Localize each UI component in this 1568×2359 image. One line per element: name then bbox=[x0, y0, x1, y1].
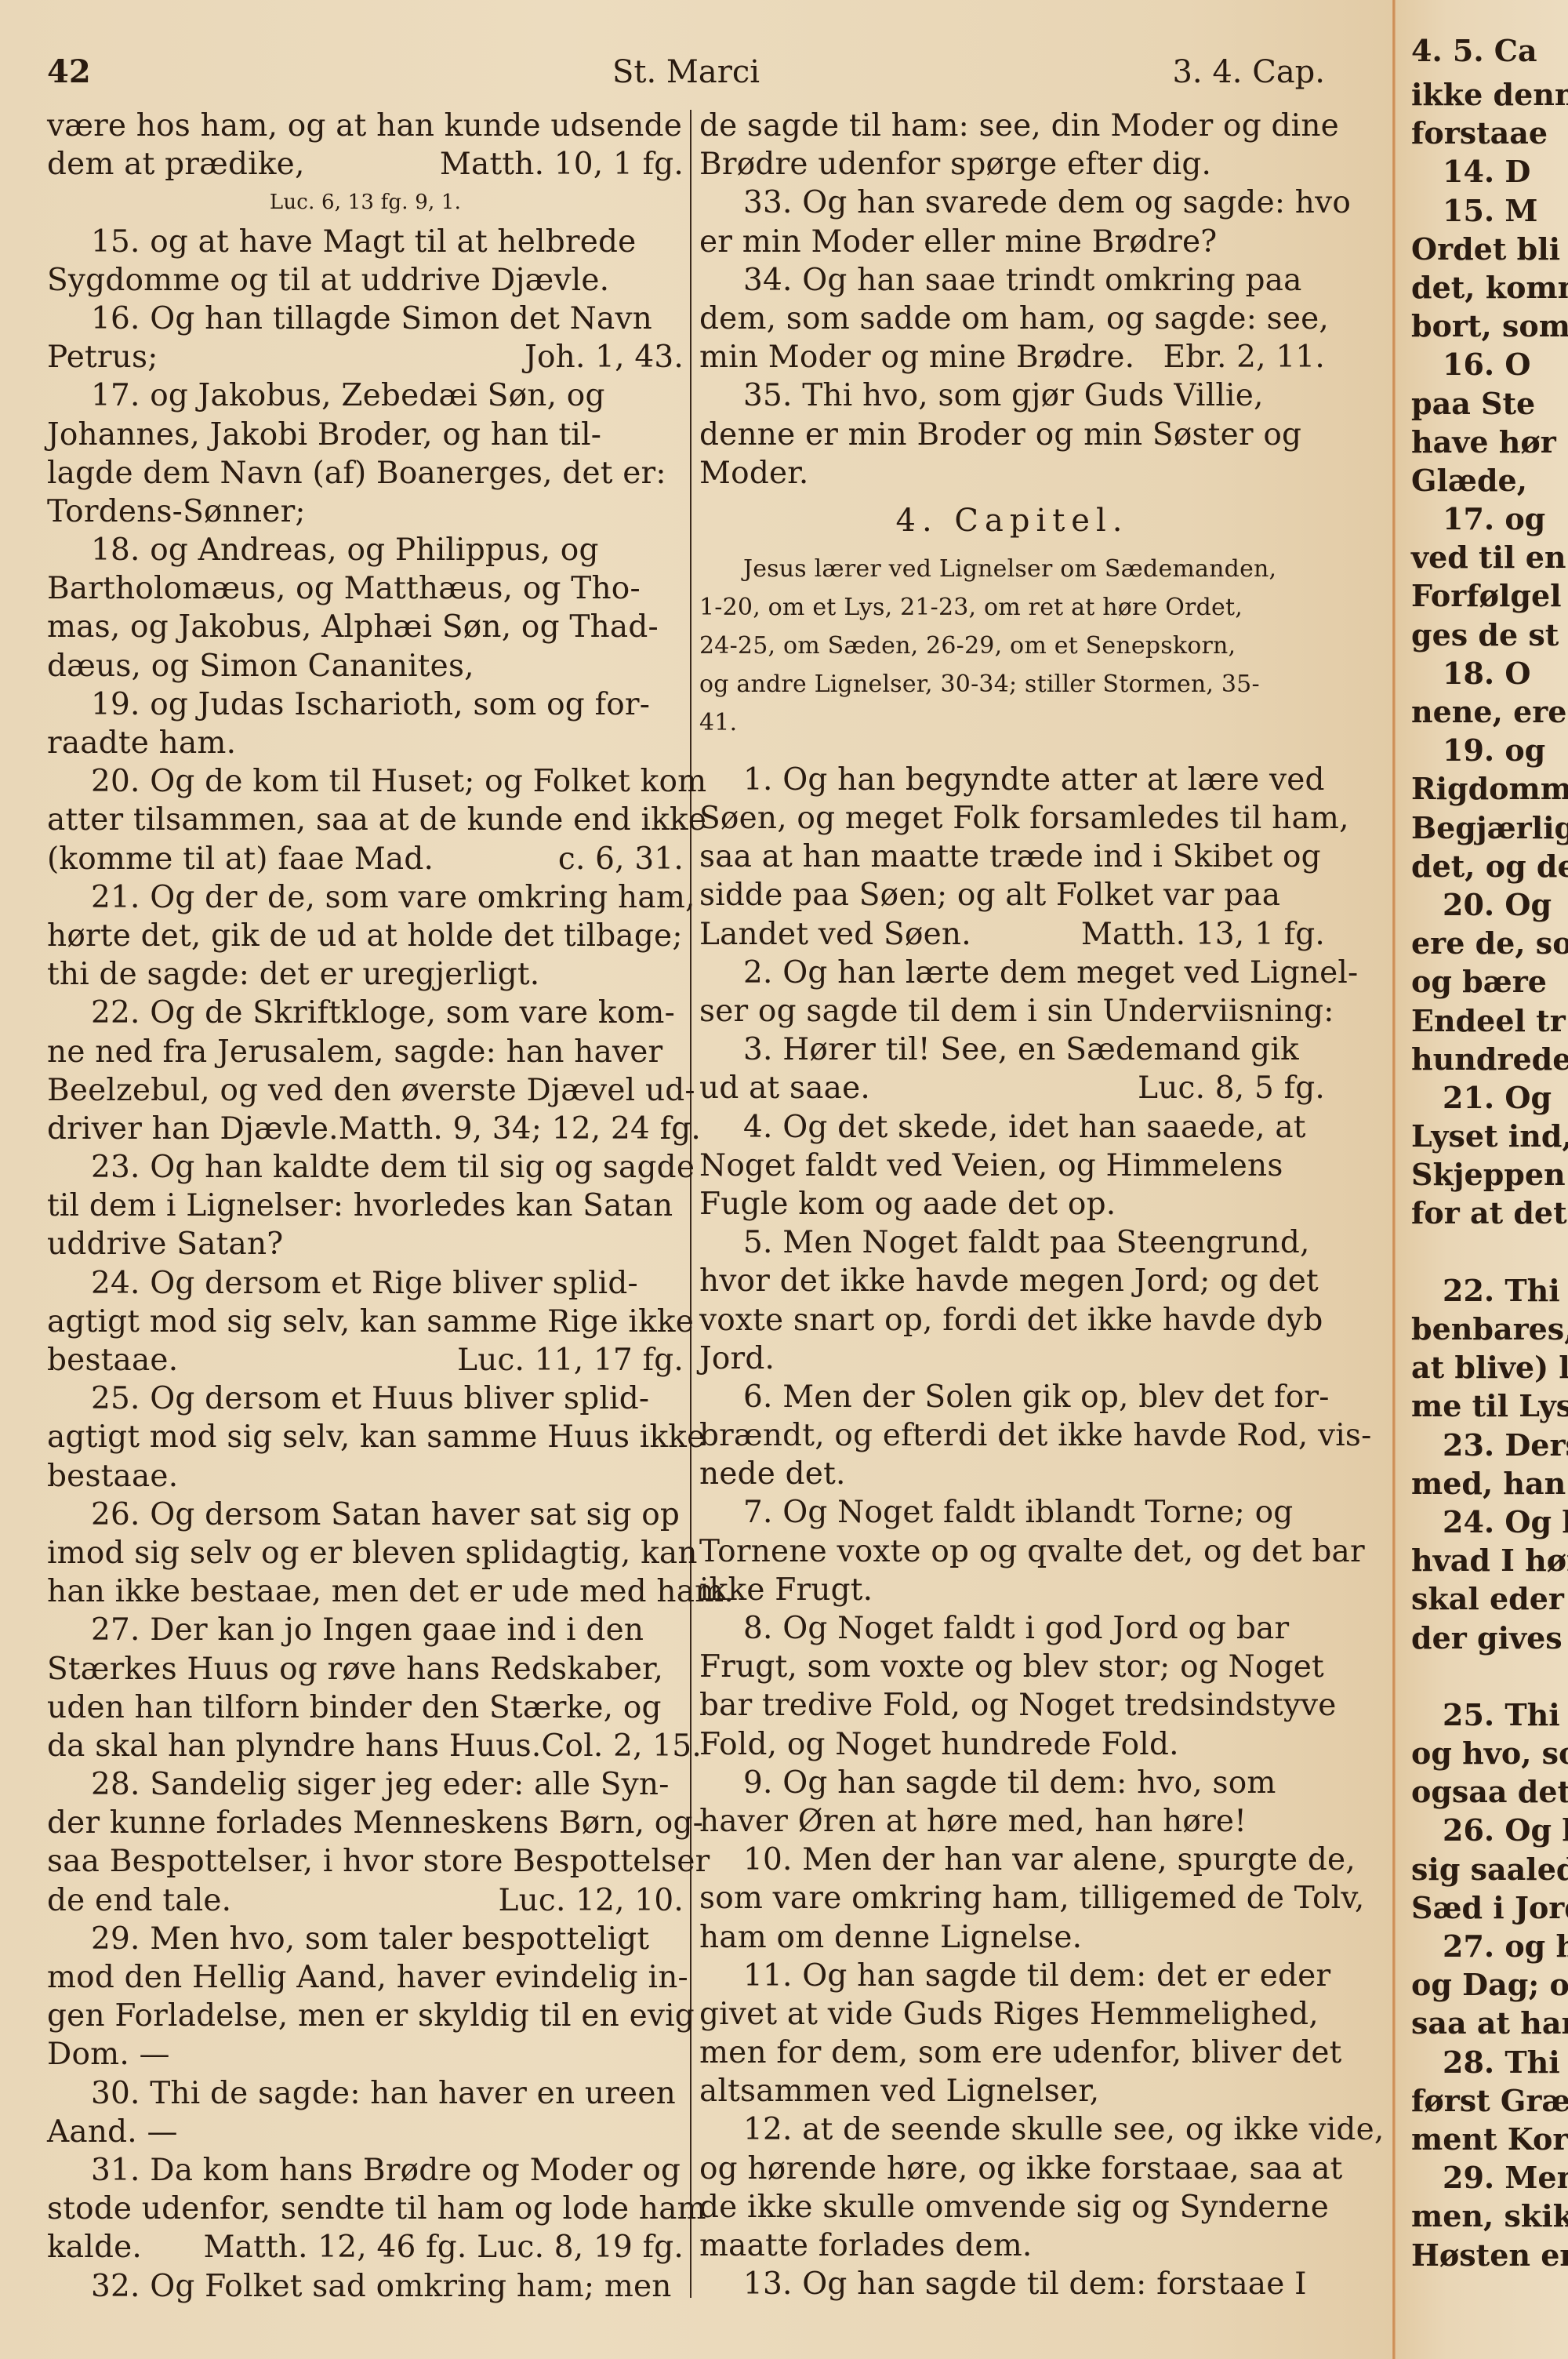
text-line: 20. Og de kom til Huset; og Folket kom bbox=[47, 762, 684, 801]
left-column: være hos ham, og at han kunde udsendedem… bbox=[47, 107, 684, 2306]
text-line: dæus, og Simon Cananites, bbox=[47, 647, 684, 685]
text-line: 16. Og han tillagde Simon det Navn bbox=[47, 300, 684, 338]
text-line: bestaae.Luc. 11, 17 fg. bbox=[47, 1341, 684, 1379]
line-text: thi de sagde: det er uregjerligt. bbox=[47, 955, 539, 994]
book-page: 42 St. Marci 3. 4. Cap. være hos ham, og… bbox=[0, 0, 1394, 2359]
line-text: 16. Og han tillagde Simon det Navn bbox=[91, 300, 652, 338]
line-text: Jesus lærer ved Lignelser om Sædemanden, bbox=[743, 550, 1276, 588]
line-text: 24-25, om Sæden, 26-29, om et Senepskorn… bbox=[699, 627, 1236, 665]
scripture-reference: Matth. 12, 46 fg. Luc. 8, 19 fg. bbox=[203, 2228, 684, 2266]
text-line: 27. Der kan jo Ingen gaae ind i den bbox=[47, 1611, 684, 1649]
text-line: 13. Og han sagde til dem: forstaae I bbox=[699, 2265, 1325, 2303]
next-page-line: hvad I høre bbox=[1411, 1541, 1568, 1579]
text-line: thi de sagde: det er uregjerligt. bbox=[47, 955, 684, 994]
next-page-line: have hør bbox=[1411, 423, 1568, 461]
right-column-verses-ch3: de sagde til ham: see, din Moder og dine… bbox=[699, 107, 1325, 493]
line-text: 4. Og det skede, idet han saaede, at bbox=[743, 1108, 1306, 1147]
line-text: gen Forladelse, men er skyldig til en ev… bbox=[47, 1997, 695, 2035]
next-page-header: 4. 5. Ca bbox=[1411, 31, 1568, 75]
line-text: 7. Og Noget faldt iblandt Torne; og bbox=[743, 1493, 1293, 1532]
text-line: han ikke bestaae, men det er ude med ham… bbox=[47, 1572, 684, 1611]
next-page-line: Ordet bli bbox=[1411, 230, 1568, 268]
line-text: ikke Frugt. bbox=[699, 1571, 873, 1609]
line-text: raadte ham. bbox=[47, 724, 236, 762]
line-text: saa at han maatte træde ind i Skibet og bbox=[699, 838, 1321, 876]
text-line: altsammen ved Lignelser, bbox=[699, 2072, 1325, 2110]
scripture-reference: Luc. 11, 17 fg. bbox=[457, 1341, 684, 1379]
text-line: 24. Og dersom et Rige bliver splid- bbox=[47, 1264, 684, 1303]
line-text: Beelzebul, og ved den øverste Djævel ud- bbox=[47, 1071, 695, 1110]
next-page-line: benbares, e bbox=[1411, 1310, 1568, 1348]
line-text: atter tilsammen, saa at de kunde end ikk… bbox=[47, 801, 706, 839]
line-text: bar tredive Fold, og Noget tredsindstyve bbox=[699, 1686, 1337, 1725]
next-page-line: 27. og ha bbox=[1411, 1927, 1568, 1965]
line-text: uden han tilforn binder den Stærke, og bbox=[47, 1688, 662, 1727]
text-line: Dom. — bbox=[47, 2035, 684, 2074]
scripture-reference: Col. 2, 15. bbox=[542, 1727, 702, 1765]
text-line: denne er min Broder og min Søster og bbox=[699, 416, 1325, 454]
text-line: de end tale.Luc. 12, 10. bbox=[47, 1881, 684, 1920]
text-line: driver han Djævle.Matth. 9, 34; 12, 24 f… bbox=[47, 1110, 684, 1148]
line-text: 9. Og han sagde til dem: hvo, som bbox=[743, 1764, 1276, 1802]
text-line: 6. Men der Solen gik op, blev det for- bbox=[699, 1378, 1325, 1416]
line-text: Jord. bbox=[699, 1339, 775, 1378]
text-line: 34. Og han saae trindt omkring paa bbox=[699, 261, 1325, 300]
text-line: 22. Og de Skriftkloge, som vare kom- bbox=[47, 994, 684, 1032]
text-line: maatte forlades dem. bbox=[699, 2226, 1325, 2265]
next-page-line: saa at han ik bbox=[1411, 2004, 1568, 2042]
text-line: Stærkes Huus og røve hans Redskaber, bbox=[47, 1650, 684, 1688]
next-page-line: at blive) lø bbox=[1411, 1348, 1568, 1387]
next-page-line: 17. og bbox=[1411, 500, 1568, 538]
next-page-line: 22. Thi bbox=[1411, 1271, 1568, 1310]
next-page-line: 14. D bbox=[1411, 152, 1568, 191]
line-text: 31. Da kom hans Brødre og Moder og bbox=[91, 2151, 681, 2190]
line-text: voxte snart op, fordi det ikke havde dyb bbox=[699, 1301, 1323, 1339]
line-text: Frugt, som voxte og blev stor; og Noget bbox=[699, 1648, 1324, 1686]
text-line: ham om denne Lignelse. bbox=[699, 1918, 1325, 1957]
text-line: 30. Thi de sagde: han haver en ureen bbox=[47, 2074, 684, 2113]
text-line: 31. Da kom hans Brødre og Moder og bbox=[47, 2151, 684, 2190]
line-text: hørte det, gik de ud at holde det tilbag… bbox=[47, 917, 683, 955]
text-line: (komme til at) faae Mad.c. 6, 31. bbox=[47, 840, 684, 878]
line-text: 25. Og dersom et Huus bliver splid- bbox=[91, 1379, 649, 1418]
text-line: bestaae. bbox=[47, 1457, 684, 1496]
text-line: givet at vide Guds Riges Hemmelighed, bbox=[699, 1995, 1325, 2034]
text-line: 26. Og dersom Satan haver sat sig op bbox=[47, 1496, 684, 1534]
text-line: Beelzebul, og ved den øverste Djævel ud- bbox=[47, 1071, 684, 1110]
text-line: 41. bbox=[699, 703, 1325, 742]
line-text: og hørende høre, og ikke forstaae, saa a… bbox=[699, 2150, 1343, 2188]
line-text: kalde. bbox=[47, 2228, 142, 2266]
text-line: gen Forladelse, men er skyldig til en ev… bbox=[47, 1997, 684, 2035]
line-text: da skal han plyndre hans Huus. bbox=[47, 1727, 542, 1765]
text-line: de sagde til ham: see, din Moder og dine bbox=[699, 107, 1325, 145]
text-line: brændt, og efterdi det ikke havde Rod, v… bbox=[699, 1416, 1325, 1455]
next-page-line: ogsaa det, h bbox=[1411, 1772, 1568, 1811]
text-line: 10. Men der han var alene, spurgte de, bbox=[699, 1841, 1325, 1879]
next-page-line: 20. Og bbox=[1411, 885, 1568, 924]
next-page-line: ere de, som bbox=[1411, 924, 1568, 962]
text-line: Sygdomme og til at uddrive Djævle. bbox=[47, 261, 684, 300]
text-line: 32. Og Folket sad omkring ham; men bbox=[47, 2267, 684, 2306]
text-line: saa Bespottelser, i hvor store Bespottel… bbox=[47, 1842, 684, 1881]
next-page-line: 19. og bbox=[1411, 731, 1568, 769]
line-text: 41. bbox=[699, 703, 737, 742]
text-line: 2. Og han lærte dem meget ved Lignel- bbox=[699, 954, 1325, 992]
line-text: er min Moder eller mine Brødre? bbox=[699, 223, 1217, 261]
line-text: driver han Djævle. bbox=[47, 1110, 339, 1148]
next-page-line: Endeel tr bbox=[1411, 1001, 1568, 1040]
next-page-line: Skjeppen bbox=[1411, 1155, 1568, 1194]
next-page-line: 25. Thi h bbox=[1411, 1696, 1568, 1734]
text-line: 29. Men hvo, som taler bespotteligt bbox=[47, 1920, 684, 1958]
line-text: 21. Og der de, som vare omkring ham, bbox=[91, 878, 695, 917]
text-line: mod den Hellig Aand, haver evindelig in- bbox=[47, 1958, 684, 1997]
line-text: de ikke skulle omvende sig og Synderne bbox=[699, 2188, 1329, 2226]
scripture-reference: Matth. 9, 34; 12, 24 fg. bbox=[339, 1110, 701, 1148]
text-line: Noget faldt ved Veien, og Himmelens bbox=[699, 1147, 1325, 1185]
page-header: 42 St. Marci 3. 4. Cap. bbox=[47, 49, 1325, 96]
line-text: dem, som sadde om ham, og sagde: see, bbox=[699, 300, 1329, 338]
line-text: 32. Og Folket sad omkring ham; men bbox=[91, 2267, 672, 2306]
text-line: 24-25, om Sæden, 26-29, om et Senepskorn… bbox=[699, 627, 1325, 665]
line-text: 26. Og dersom Satan haver sat sig op bbox=[91, 1496, 680, 1534]
line-text: sidde paa Søen; og alt Folket var paa bbox=[699, 876, 1280, 914]
text-line: dem at prædike,Matth. 10, 1 fg. bbox=[47, 145, 684, 184]
line-text: 13. Og han sagde til dem: forstaae I bbox=[743, 2265, 1307, 2303]
line-text: 11. Og han sagde til dem: det er eder bbox=[743, 1957, 1330, 1995]
text-line: 7. Og Noget faldt iblandt Torne; og bbox=[699, 1493, 1325, 1532]
line-text: 24. Og dersom et Rige bliver splid- bbox=[91, 1264, 638, 1303]
text-line: agtigt mod sig selv, kan samme Huus ikke bbox=[47, 1418, 684, 1456]
scripture-reference: Luc. 8, 5 fg. bbox=[1138, 1069, 1325, 1107]
text-line: 9. Og han sagde til dem: hvo, som bbox=[699, 1764, 1325, 1802]
text-line: er min Moder eller mine Brødre? bbox=[699, 223, 1325, 261]
text-line: raadte ham. bbox=[47, 724, 684, 762]
text-line: dem, som sadde om ham, og sagde: see, bbox=[699, 300, 1325, 338]
text-line: 23. Og han kaldte dem til sig og sagde bbox=[47, 1148, 684, 1187]
next-page-line: men, skikker bbox=[1411, 2197, 1568, 2235]
next-page-line: sig saaledes, bbox=[1411, 1850, 1568, 1888]
line-text: 20. Og de kom til Huset; og Folket kom bbox=[91, 762, 706, 801]
line-text: stode udenfor, sendte til ham og lode ha… bbox=[47, 2190, 706, 2228]
spacer bbox=[699, 742, 1325, 761]
text-line: atter tilsammen, saa at de kunde end ikk… bbox=[47, 801, 684, 839]
line-text: de sagde til ham: see, din Moder og dine bbox=[699, 107, 1339, 145]
next-page-line: det, og der bbox=[1411, 847, 1568, 885]
line-text: 15. og at have Magt til at helbrede bbox=[91, 223, 636, 261]
line-text: denne er min Broder og min Søster og bbox=[699, 416, 1301, 454]
next-page-line: Høsten er fors bbox=[1411, 2236, 1568, 2274]
line-text: Petrus; bbox=[47, 338, 158, 376]
text-line: Johannes, Jakobi Broder, og han til- bbox=[47, 416, 684, 454]
text-line: ikke Frugt. bbox=[699, 1571, 1325, 1609]
line-text: de end tale. bbox=[47, 1881, 231, 1920]
next-page-line: 23. Ders bbox=[1411, 1426, 1568, 1464]
next-page-line: det, komm bbox=[1411, 268, 1568, 307]
line-text: saa Bespottelser, i hvor store Bespottel… bbox=[47, 1842, 710, 1881]
line-text: 35. Thi hvo, som gjør Guds Villie, bbox=[743, 376, 1264, 415]
line-text: Tornene voxte op og qvalte det, og det b… bbox=[699, 1532, 1365, 1571]
text-line: 28. Sandelig siger jeg eder: alle Syn- bbox=[47, 1765, 684, 1804]
line-text: mas, og Jakobus, Alphæi Søn, og Thad- bbox=[47, 608, 659, 646]
line-text: 5. Men Noget faldt paa Steengrund, bbox=[743, 1223, 1310, 1262]
scripture-reference: Matth. 13, 1 fg. bbox=[1081, 915, 1325, 954]
next-page-line bbox=[1411, 1233, 1568, 1271]
next-page-fragment: 4. 5. Ca ikke dennforstaae14. D15. MOrde… bbox=[1396, 0, 1568, 2359]
line-text: ham om denne Lignelse. bbox=[699, 1918, 1082, 1957]
line-text: Landet ved Søen. bbox=[699, 915, 971, 954]
text-line: 5. Men Noget faldt paa Steengrund, bbox=[699, 1223, 1325, 1262]
text-line: kalde.Matth. 12, 46 fg. Luc. 8, 19 fg. bbox=[47, 2228, 684, 2266]
text-line: imod sig selv og er bleven splidagtig, k… bbox=[47, 1534, 684, 1572]
line-text: 23. Og han kaldte dem til sig og sagde bbox=[91, 1148, 695, 1187]
next-page-line: med, han h bbox=[1411, 1464, 1568, 1503]
text-line: Tordens-Sønner; bbox=[47, 493, 684, 531]
text-line: agtigt mod sig selv, kan samme Rige ikke bbox=[47, 1303, 684, 1341]
line-text: 18. og Andreas, og Philippus, og bbox=[91, 531, 599, 569]
cross-reference-note: Luc. 6, 13 fg. 9, 1. bbox=[47, 184, 684, 222]
line-text: agtigt mod sig selv, kan samme Huus ikke bbox=[47, 1418, 705, 1456]
scripture-reference: Luc. 12, 10. bbox=[499, 1881, 684, 1920]
text-line: lagde dem Navn (af) Boanerges, det er: bbox=[47, 454, 684, 493]
text-line: men for dem, som ere udenfor, bliver det bbox=[699, 2034, 1325, 2072]
next-page-line: og hvo, som bbox=[1411, 1734, 1568, 1772]
text-line: 33. Og han svarede dem og sagde: hvo bbox=[699, 184, 1325, 222]
next-page-line: Forfølgel bbox=[1411, 576, 1568, 615]
next-page-line: ved til en bbox=[1411, 538, 1568, 576]
next-page-line: Rigdomm bbox=[1411, 769, 1568, 808]
text-line: Fugle kom og aade det op. bbox=[699, 1185, 1325, 1223]
next-page-line bbox=[1411, 1657, 1568, 1696]
line-text: 22. Og de Skriftkloge, som vare kom- bbox=[91, 994, 675, 1032]
line-text: Aand. — bbox=[47, 2113, 178, 2151]
text-line: Jord. bbox=[699, 1339, 1325, 1378]
right-column-verses-ch4: 1. Og han begyndte atter at lære vedSøen… bbox=[699, 761, 1325, 2304]
next-page-line: 15. M bbox=[1411, 191, 1568, 230]
text-line: Aand. — bbox=[47, 2113, 684, 2151]
line-text: bestaae. bbox=[47, 1457, 178, 1496]
text-line: nede det. bbox=[699, 1455, 1325, 1493]
chapter-heading: 4. Capitel. bbox=[699, 493, 1325, 550]
line-text: dæus, og Simon Cananites, bbox=[47, 647, 474, 685]
text-line: hørte det, gik de ud at holde det tilbag… bbox=[47, 917, 684, 955]
text-line: sidde paa Søen; og alt Folket var paa bbox=[699, 876, 1325, 914]
chapter-range: 3. 4. Cap. bbox=[1172, 49, 1325, 96]
line-text: der kunne forlades Menneskens Børn, og- bbox=[47, 1804, 703, 1842]
next-page-line: skal eder m bbox=[1411, 1579, 1568, 1618]
next-page-line: der gives en bbox=[1411, 1619, 1568, 1657]
line-text: altsammen ved Lignelser, bbox=[699, 2072, 1099, 2110]
line-text: Noget faldt ved Veien, og Himmelens bbox=[699, 1147, 1283, 1185]
text-line: 3. Hører til! See, en Sædemand gik bbox=[699, 1030, 1325, 1069]
line-text: 2. Og han lærte dem meget ved Lignel- bbox=[743, 954, 1358, 992]
line-text: Søen, og meget Folk forsamledes til ham, bbox=[699, 799, 1349, 838]
line-text: 3. Hører til! See, en Sædemand gik bbox=[743, 1030, 1299, 1069]
text-line: hvor det ikke havde megen Jord; og det bbox=[699, 1262, 1325, 1300]
line-text: men for dem, som ere udenfor, bliver det bbox=[699, 2034, 1342, 2072]
text-line: 11. Og han sagde til dem: det er eder bbox=[699, 1957, 1325, 1995]
line-text: 19. og Judas Ischarioth, som og for- bbox=[91, 685, 650, 724]
line-text: mod den Hellig Aand, haver evindelig in- bbox=[47, 1958, 688, 1997]
next-page-line: 18. O bbox=[1411, 654, 1568, 692]
next-page-line: paa Ste bbox=[1411, 384, 1568, 423]
scripture-reference: Joh. 1, 43. bbox=[524, 338, 684, 376]
scripture-reference: Matth. 10, 1 fg. bbox=[440, 145, 684, 184]
text-line: uddrive Satan? bbox=[47, 1225, 684, 1263]
text-line: voxte snart op, fordi det ikke havde dyb bbox=[699, 1301, 1325, 1339]
text-line: 1. Og han begyndte atter at lære ved bbox=[699, 761, 1325, 799]
line-text: ud at saae. bbox=[699, 1069, 870, 1107]
next-page-line: me til Lyset bbox=[1411, 1387, 1568, 1425]
line-text: dem at prædike, bbox=[47, 145, 305, 184]
text-line: mas, og Jakobus, Alphæi Søn, og Thad- bbox=[47, 608, 684, 646]
text-line: 1-20, om et Lys, 21-23, om ret at høre O… bbox=[699, 588, 1325, 627]
text-line: ne ned fra Jerusalem, sagde: han haver bbox=[47, 1033, 684, 1071]
text-line: Bartholomæus, og Matthæus, og Tho- bbox=[47, 569, 684, 608]
next-page-line: Glæde, bbox=[1411, 461, 1568, 500]
line-text: 17. og Jakobus, Zebedæi Søn, og bbox=[91, 376, 605, 415]
text-line: stode udenfor, sendte til ham og lode ha… bbox=[47, 2190, 684, 2228]
text-line: min Moder og mine Brødre.Ebr. 2, 11. bbox=[699, 338, 1325, 376]
line-text: min Moder og mine Brødre. bbox=[699, 338, 1134, 376]
text-line: saa at han maatte træde ind i Skibet og bbox=[699, 838, 1325, 876]
line-text: ser og sagde til dem i sin Underviisning… bbox=[699, 992, 1334, 1030]
next-page-line: først Græs, d bbox=[1411, 2081, 1568, 2120]
line-text: Sygdomme og til at uddrive Djævle. bbox=[47, 261, 609, 300]
text-line: ud at saae.Luc. 8, 5 fg. bbox=[699, 1069, 1325, 1107]
text-line: Fold, og Noget hundrede Fold. bbox=[699, 1725, 1325, 1764]
next-page-line: 28. Thi J bbox=[1411, 2043, 1568, 2081]
line-text: Johannes, Jakobi Broder, og han til- bbox=[47, 416, 601, 454]
line-text: 8. Og Noget faldt i god Jord og bar bbox=[743, 1609, 1289, 1648]
line-text: bestaae. bbox=[47, 1341, 178, 1379]
text-line: Jesus lærer ved Lignelser om Sædemanden, bbox=[699, 550, 1325, 588]
next-page-line: nene, ere bbox=[1411, 692, 1568, 731]
line-text: Stærkes Huus og røve hans Redskaber, bbox=[47, 1650, 663, 1688]
text-line: Tornene voxte op og qvalte det, og det b… bbox=[699, 1532, 1325, 1571]
line-text: som vare omkring ham, tilligemed de Tolv… bbox=[699, 1879, 1365, 1917]
next-page-line: ment Korn i bbox=[1411, 2120, 1568, 2158]
text-line: som vare omkring ham, tilligemed de Tolv… bbox=[699, 1879, 1325, 1917]
line-text: ne ned fra Jerusalem, sagde: han haver bbox=[47, 1033, 662, 1071]
line-text: Dom. — bbox=[47, 2035, 170, 2074]
next-page-line: og Dag; og bbox=[1411, 1965, 1568, 2004]
text-line: til dem i Lignelser: hvorledes kan Satan bbox=[47, 1187, 684, 1225]
line-text: hvor det ikke havde megen Jord; og det bbox=[699, 1262, 1319, 1300]
next-page-line: Begjærlig bbox=[1411, 809, 1568, 847]
line-text: 1-20, om et Lys, 21-23, om ret at høre O… bbox=[699, 588, 1243, 627]
line-text: til dem i Lignelser: hvorledes kan Satan bbox=[47, 1187, 673, 1225]
line-text: 28. Sandelig siger jeg eder: alle Syn- bbox=[91, 1765, 670, 1804]
line-text: Fold, og Noget hundrede Fold. bbox=[699, 1725, 1179, 1764]
text-line: og hørende høre, og ikke forstaae, saa a… bbox=[699, 2150, 1325, 2188]
line-text: imod sig selv og er bleven splidagtig, k… bbox=[47, 1534, 698, 1572]
text-line: 25. Og dersom et Huus bliver splid- bbox=[47, 1379, 684, 1418]
next-page-line: Lyset ind, bbox=[1411, 1117, 1568, 1155]
line-text: han ikke bestaae, men det er ude med ham… bbox=[47, 1572, 734, 1611]
text-line: de ikke skulle omvende sig og Synderne bbox=[699, 2188, 1325, 2226]
line-text: 34. Og han saae trindt omkring paa bbox=[743, 261, 1302, 300]
text-line: Søen, og meget Folk forsamledes til ham, bbox=[699, 799, 1325, 838]
text-line: 35. Thi hvo, som gjør Guds Villie, bbox=[699, 376, 1325, 415]
next-page-line: Sæd i Jorde bbox=[1411, 1888, 1568, 1927]
next-page-line: forstaae bbox=[1411, 114, 1568, 152]
line-text: agtigt mod sig selv, kan samme Rige ikke bbox=[47, 1303, 694, 1341]
running-title: St. Marci bbox=[47, 49, 1325, 96]
text-line: haver Øren at høre med, han høre! bbox=[699, 1802, 1325, 1841]
line-text: brændt, og efterdi det ikke havde Rod, v… bbox=[699, 1416, 1371, 1455]
next-page-line: hundrede bbox=[1411, 1040, 1568, 1078]
line-text: nede det. bbox=[699, 1455, 846, 1493]
text-line: 19. og Judas Ischarioth, som og for- bbox=[47, 685, 684, 724]
text-line: 8. Og Noget faldt i god Jord og bar bbox=[699, 1609, 1325, 1648]
line-text: 10. Men der han var alene, spurgte de, bbox=[743, 1841, 1356, 1879]
text-line: ser og sagde til dem i sin Underviisning… bbox=[699, 992, 1325, 1030]
next-page-line: 29. Men n bbox=[1411, 2158, 1568, 2197]
line-text: Bartholomæus, og Matthæus, og Tho- bbox=[47, 569, 641, 608]
line-text: 29. Men hvo, som taler bespotteligt bbox=[91, 1920, 649, 1958]
text-line: 4. Og det skede, idet han saaede, at bbox=[699, 1108, 1325, 1147]
text-line: Moder. bbox=[699, 454, 1325, 493]
line-text: 33. Og han svarede dem og sagde: hvo bbox=[743, 184, 1351, 222]
next-page-line: og bære bbox=[1411, 962, 1568, 1001]
text-line: Petrus;Joh. 1, 43. bbox=[47, 338, 684, 376]
next-page-lines: ikke dennforstaae14. D15. MOrdet blidet,… bbox=[1411, 75, 1568, 2274]
text-line: Frugt, som voxte og blev stor; og Noget bbox=[699, 1648, 1325, 1686]
next-page-line: ges de st bbox=[1411, 616, 1568, 654]
scripture-reference: Ebr. 2, 11. bbox=[1163, 338, 1325, 376]
text-line: der kunne forlades Menneskens Børn, og- bbox=[47, 1804, 684, 1842]
line-text: maatte forlades dem. bbox=[699, 2226, 1032, 2265]
next-page-column: 4. 5. Ca ikke dennforstaae14. D15. MOrde… bbox=[1411, 31, 1568, 2274]
line-text: 1. Og han begyndte atter at lære ved bbox=[743, 761, 1325, 799]
line-text: Tordens-Sønner; bbox=[47, 493, 306, 531]
next-page-line: ikke denn bbox=[1411, 75, 1568, 114]
line-text: 6. Men der Solen gik op, blev det for- bbox=[743, 1378, 1330, 1416]
line-text: Brødre udenfor spørge efter dig. bbox=[699, 145, 1211, 184]
line-text: givet at vide Guds Riges Hemmelighed, bbox=[699, 1995, 1319, 2034]
text-line: 21. Og der de, som vare omkring ham, bbox=[47, 878, 684, 917]
text-line: Brødre udenfor spørge efter dig. bbox=[699, 145, 1325, 184]
text-line: og andre Lignelser, 30-34; stiller Storm… bbox=[699, 665, 1325, 703]
next-page-line: 24. Og h bbox=[1411, 1503, 1568, 1541]
scripture-reference: c. 6, 31. bbox=[558, 840, 684, 878]
chapter-summary: Jesus lærer ved Lignelser om Sædemanden,… bbox=[699, 550, 1325, 742]
right-column: de sagde til ham: see, din Moder og dine… bbox=[699, 107, 1325, 2303]
line-text: Fugle kom og aade det op. bbox=[699, 1185, 1116, 1223]
line-text: 30. Thi de sagde: han haver en ureen bbox=[91, 2074, 676, 2113]
next-page-line: 26. Og h bbox=[1411, 1811, 1568, 1849]
next-page-line: for at det bbox=[1411, 1194, 1568, 1232]
line-text: Moder. bbox=[699, 454, 808, 493]
text-line: bar tredive Fold, og Noget tredsindstyve bbox=[699, 1686, 1325, 1725]
line-text: 12. at de seende skulle see, og ikke vid… bbox=[743, 2110, 1384, 2149]
text-line: 18. og Andreas, og Philippus, og bbox=[47, 531, 684, 569]
line-text: og andre Lignelser, 30-34; stiller Storm… bbox=[699, 665, 1260, 703]
next-page-line: 21. Og bbox=[1411, 1078, 1568, 1117]
next-page-line: bort, som bbox=[1411, 307, 1568, 345]
text-line: da skal han plyndre hans Huus.Col. 2, 15… bbox=[47, 1727, 684, 1765]
next-page-line: 16. O bbox=[1411, 345, 1568, 383]
text-line: 12. at de seende skulle see, og ikke vid… bbox=[699, 2110, 1325, 2149]
column-divider bbox=[690, 110, 691, 2298]
line-text: uddrive Satan? bbox=[47, 1225, 283, 1263]
line-text: lagde dem Navn (af) Boanerges, det er: bbox=[47, 454, 666, 493]
text-line: være hos ham, og at han kunde udsende bbox=[47, 107, 684, 145]
line-text: 27. Der kan jo Ingen gaae ind i den bbox=[91, 1611, 644, 1649]
